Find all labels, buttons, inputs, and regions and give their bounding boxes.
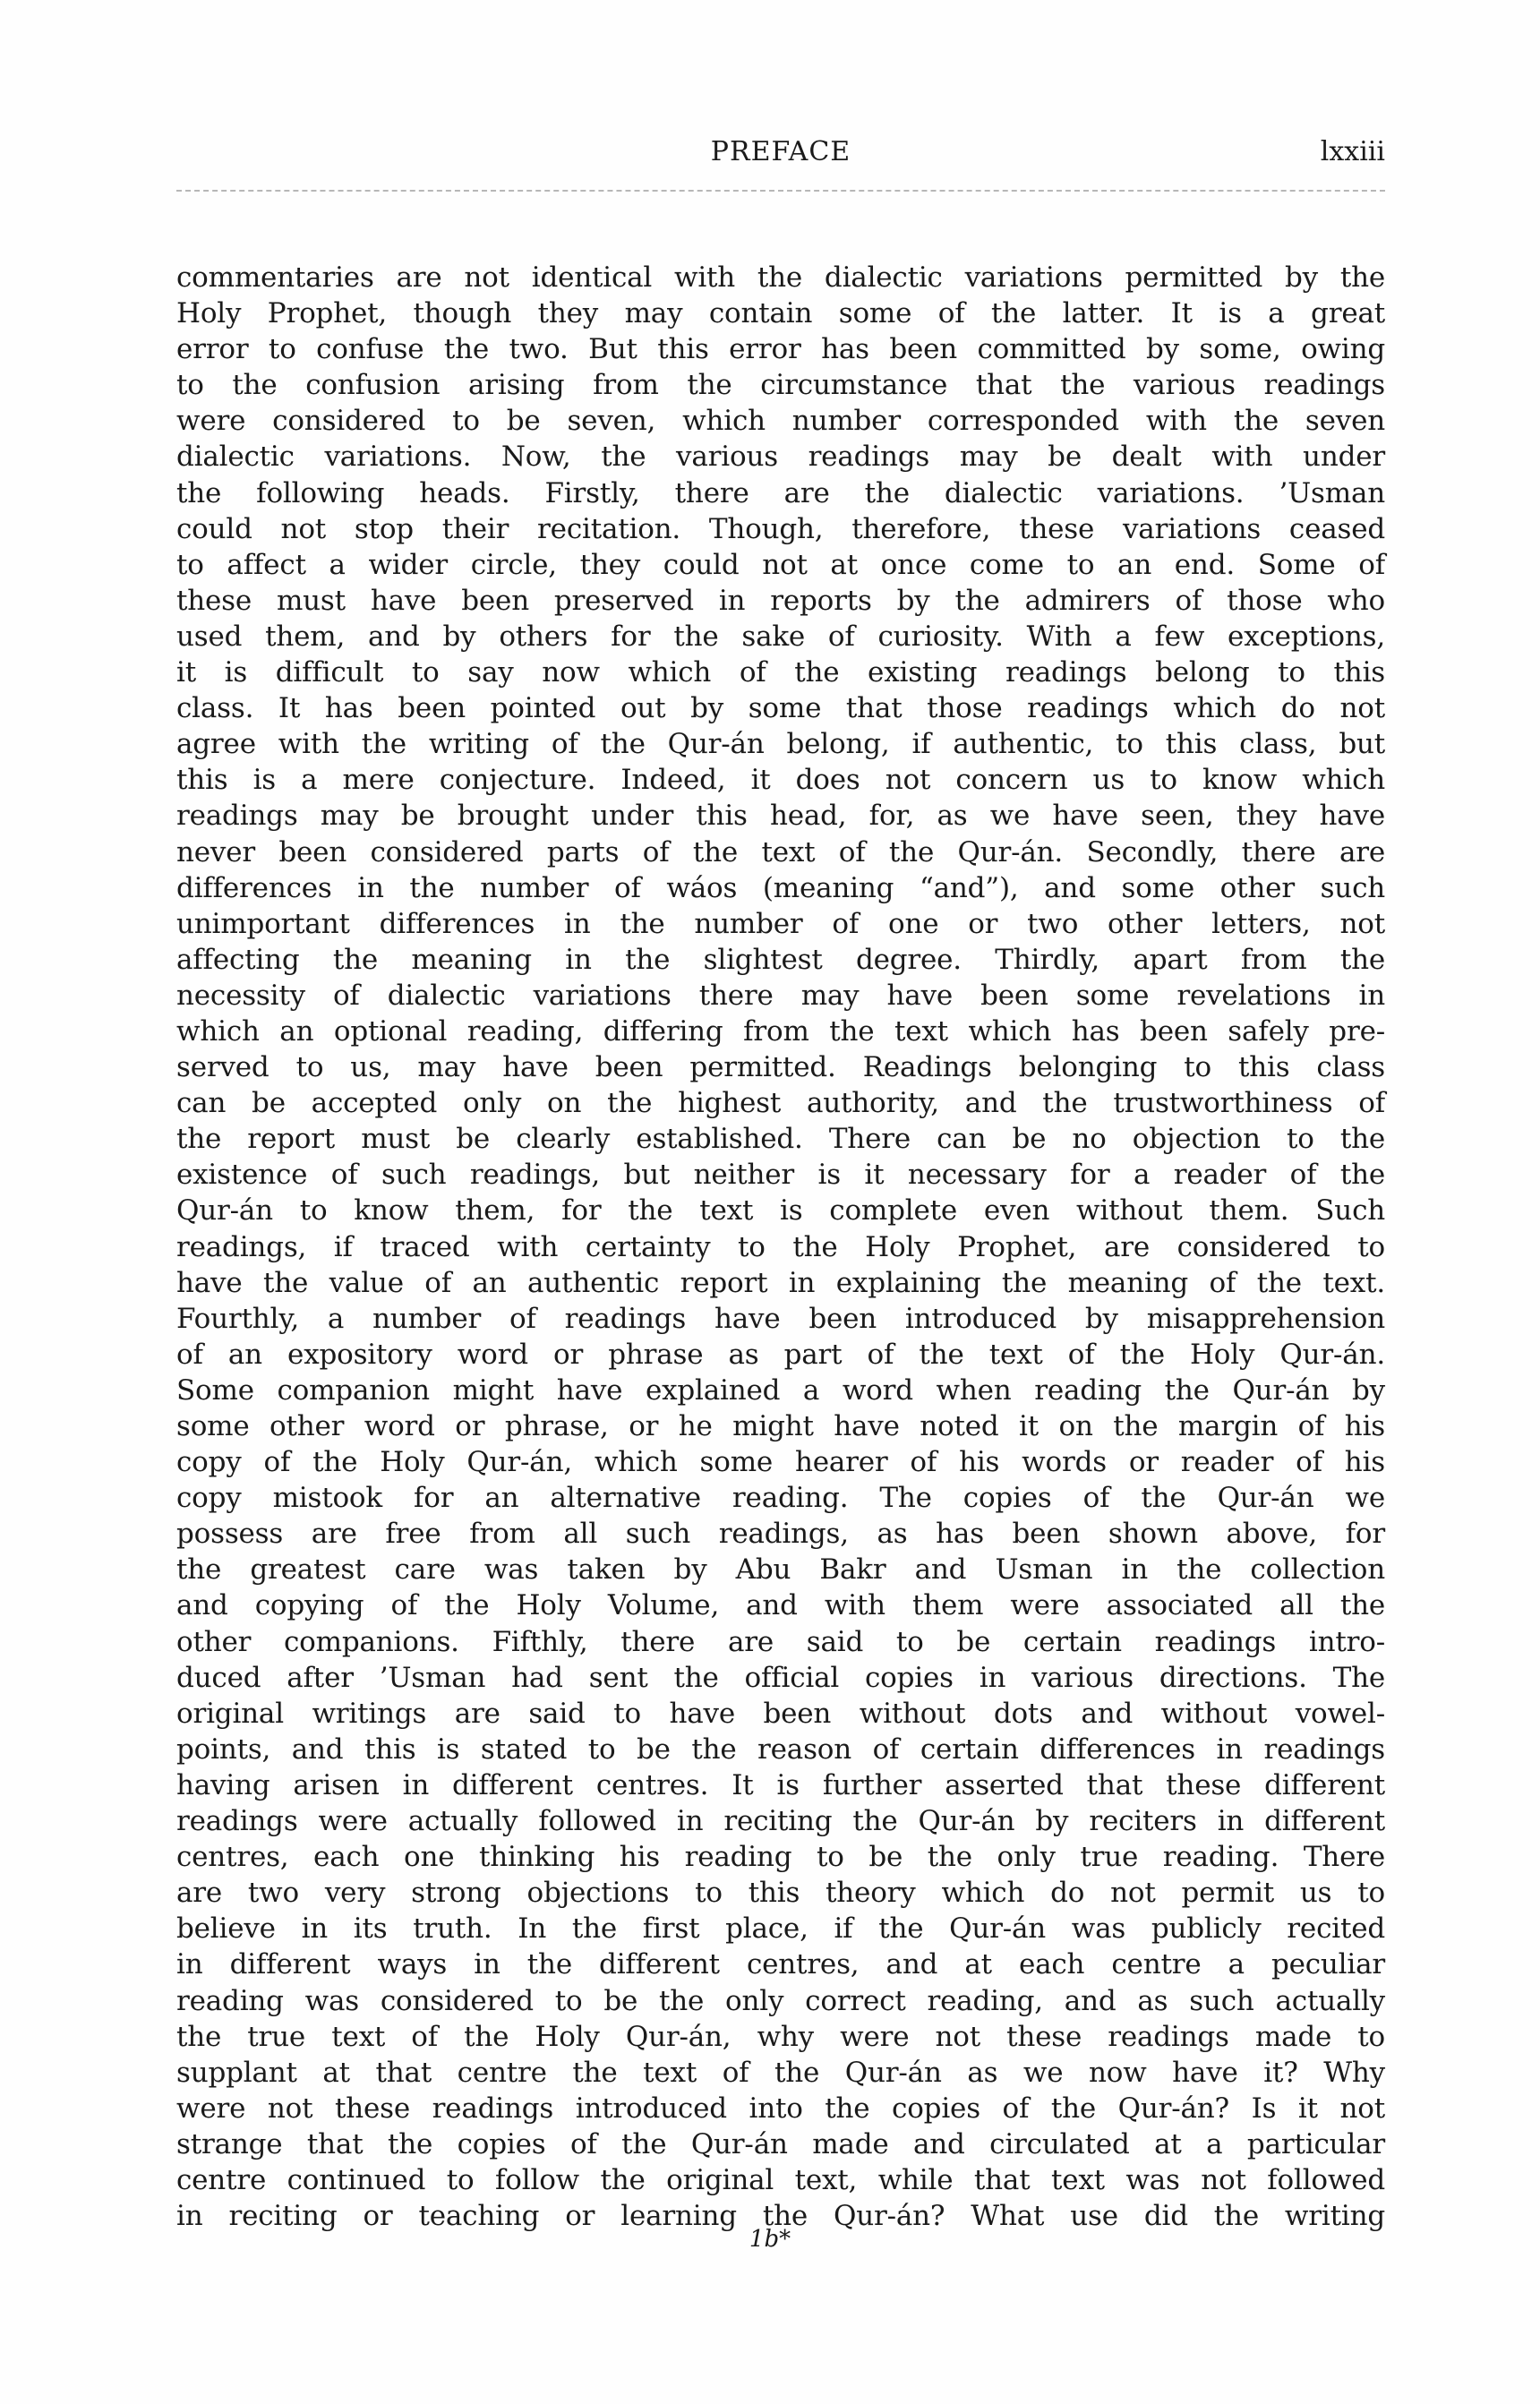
- text-line: commentaries are not identical with the …: [176, 260, 1385, 295]
- text-line: original writings are said to have been …: [176, 1696, 1385, 1732]
- text-line: some other word or phrase, or he might h…: [176, 1408, 1385, 1444]
- text-line: which an optional reading, differing fro…: [176, 1014, 1385, 1049]
- text-line: unimportant differences in the number of…: [176, 906, 1385, 942]
- running-title: PREFACE: [176, 136, 1385, 167]
- text-line: and copying of the Holy Volume, and with…: [176, 1587, 1385, 1623]
- text-line: other companions. Fifthly, there are sai…: [176, 1624, 1385, 1660]
- text-line: dialectic variations. Now, the various r…: [176, 439, 1385, 475]
- text-line: Some companion might have explained a wo…: [176, 1373, 1385, 1408]
- text-line: necessity of dialectic variations there …: [176, 978, 1385, 1014]
- text-line: readings, if traced with certainty to th…: [176, 1229, 1385, 1265]
- text-line: Holy Prophet, though they may contain so…: [176, 295, 1385, 331]
- text-line: copy mistook for an alternative reading.…: [176, 1480, 1385, 1516]
- document-page: PREFACE lxxiii commentaries are not iden…: [0, 0, 1540, 2404]
- text-line: centre continued to follow the original …: [176, 2162, 1385, 2198]
- text-line: Qur-án to know them, for the text is com…: [176, 1193, 1385, 1228]
- text-line: centres, each one thinking his reading t…: [176, 1839, 1385, 1875]
- text-line: Fourthly, a number of readings have been…: [176, 1301, 1385, 1337]
- text-line: readings were actually followed in recit…: [176, 1803, 1385, 1839]
- text-line: served to us, may have been permitted. R…: [176, 1049, 1385, 1085]
- text-line: the report must be clearly established. …: [176, 1121, 1385, 1157]
- text-line: strange that the copies of the Qur-án ma…: [176, 2126, 1385, 2162]
- text-line: to affect a wider circle, they could not…: [176, 547, 1385, 583]
- text-line: reading was considered to be the only co…: [176, 1983, 1385, 2019]
- text-line: existence of such readings, but neither …: [176, 1157, 1385, 1193]
- text-line: duced after ’Usman had sent the official…: [176, 1660, 1385, 1696]
- text-line: affecting the meaning in the slightest d…: [176, 942, 1385, 978]
- text-line: the greatest care was taken by Abu Bakr …: [176, 1552, 1385, 1587]
- text-line: readings may be brought under this head,…: [176, 798, 1385, 834]
- text-line: agree with the writing of the Qur-án bel…: [176, 726, 1385, 762]
- text-line: never been considered parts of the text …: [176, 834, 1385, 870]
- text-line: the following heads. Firstly, there are …: [176, 475, 1385, 511]
- text-line: of an expository word or phrase as part …: [176, 1337, 1385, 1373]
- text-line: having arisen in different centres. It i…: [176, 1767, 1385, 1803]
- running-head: PREFACE lxxiii: [176, 136, 1385, 172]
- text-line: this is a mere conjecture. Indeed, it do…: [176, 762, 1385, 798]
- header-rule: [176, 190, 1385, 192]
- text-line: the true text of the Holy Qur-án, why we…: [176, 2019, 1385, 2055]
- text-line: in different ways in the different centr…: [176, 1946, 1385, 1982]
- text-line: it is difficult to say now which of the …: [176, 654, 1385, 690]
- text-line: points, and this is stated to be the rea…: [176, 1732, 1385, 1767]
- text-line: these must have been preserved in report…: [176, 583, 1385, 619]
- page-number: lxxiii: [1321, 136, 1385, 167]
- signature-mark: 1b*: [0, 2226, 1540, 2253]
- text-line: class. It has been pointed out by some t…: [176, 690, 1385, 726]
- text-line: can be accepted only on the highest auth…: [176, 1085, 1385, 1121]
- text-line: to the confusion arising from the circum…: [176, 367, 1385, 403]
- text-line: have the value of an authentic report in…: [176, 1265, 1385, 1301]
- text-line: supplant at that centre the text of the …: [176, 2055, 1385, 2091]
- text-line: error to confuse the two. But this error…: [176, 331, 1385, 367]
- body-text: commentaries are not identical with the …: [176, 260, 1385, 2234]
- text-line: differences in the number of wáos (meani…: [176, 870, 1385, 906]
- text-line: could not stop their recitation. Though,…: [176, 511, 1385, 547]
- text-line: copy of the Holy Qur-án, which some hear…: [176, 1444, 1385, 1480]
- text-line: were not these readings introduced into …: [176, 2091, 1385, 2126]
- text-line: used them, and by others for the sake of…: [176, 619, 1385, 654]
- text-line: possess are free from all such readings,…: [176, 1516, 1385, 1552]
- text-line: were considered to be seven, which numbe…: [176, 403, 1385, 439]
- text-line: are two very strong objections to this t…: [176, 1875, 1385, 1911]
- text-line: believe in its truth. In the first place…: [176, 1911, 1385, 1946]
